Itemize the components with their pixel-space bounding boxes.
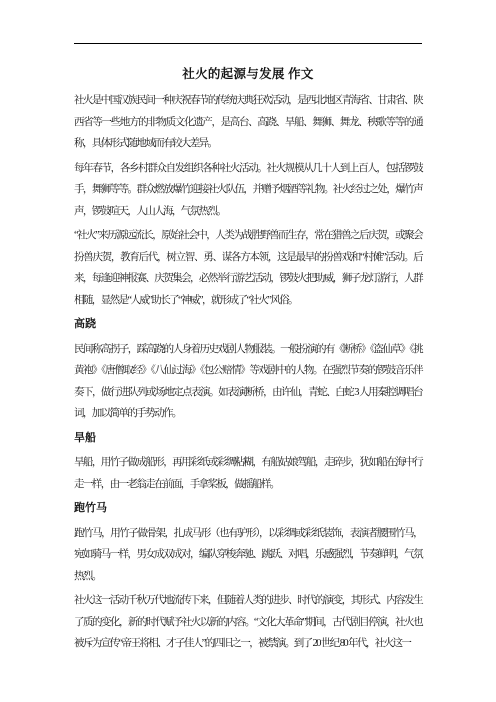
page-content: 社火的起源与发展 作文 社火是中国汉族民间一种庆祝春节的传统庆典狂欢活动，是西北… [74,0,422,655]
paragraph-paozhuma: 跑竹马，用竹子做骨架，扎成马形（也有驴形），以彩绸或彩纸装饰，表演者腰围竹马，宛… [74,523,422,588]
document-title: 社火的起源与发展 作文 [74,64,422,82]
paragraph-gaoqiao: 民间称高拐子，踩高跷的人身着历史戏剧人物服装。一般扮演的有《断桥》《盗仙草》《挑… [74,339,422,425]
section-heading-paozhuma: 跑竹马 [74,498,422,520]
paragraph-spring-festival-activities: 每年春节，各乡村群众自发组织各种社火活动。社火规模从几十人到上百人，包括锣鼓手，… [74,158,422,223]
section-heading-gaoqiao: 高跷 [74,314,422,336]
paragraph-evolution: 社火这一活动千秋万代地流传下来，但随着人类的进步、时代的演变，其形式、内容发生了… [74,590,422,655]
paragraph-hanchuan: 旱船，用竹子做成船形，再用彩纸或彩绸粘糊，有船姑娘驾船，走碎步，犹如船在海中行走… [74,452,422,495]
section-heading-hanchuan: 旱船 [74,428,422,450]
document-page: 社火的起源与发展 作文 社火是中国汉族民间一种庆祝春节的传统庆典狂欢活动，是西北… [0,0,496,702]
paragraph-shehuo-intro: 社火是中国汉族民间一种庆祝春节的传统庆典狂欢活动，是西北地区青海省、甘肃省、陕西… [74,90,422,155]
paragraph-shehuo-origin: “社火”来历源远流长，原始社会中，人类为战胜野兽而生存，常在猎兽之后庆贺，或聚会… [74,225,422,311]
header-rule [74,43,422,44]
